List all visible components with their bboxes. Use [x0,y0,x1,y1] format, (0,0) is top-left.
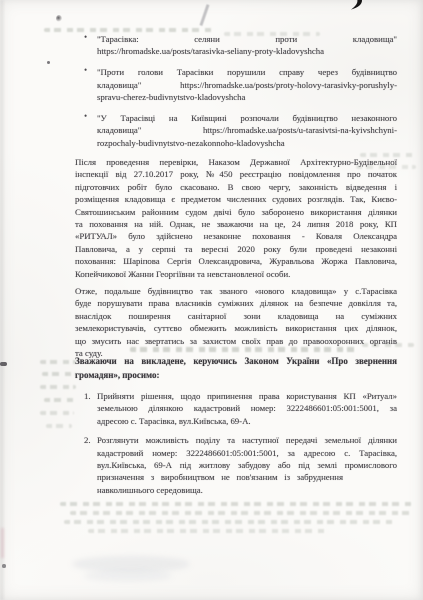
link-text-line: кладовища" https://hromadske.ua/posts/u-… [97,124,397,136]
paragraph-line: Після проведення перевірки, Наказом Держ… [75,156,397,168]
link-list-item: •"Тарасівка: селяни проти кладовища"http… [75,33,397,58]
paragraph-line: поховання: Шаріпова Сергія Олександрович… [75,255,397,267]
link-text-line: "Тарасівка: селяни проти кладовища" [97,33,397,45]
paragraph-inspection: Після проведення перевірки, Наказом Держ… [75,156,397,280]
source-links-list: •"Тарасівка: селяни проти кладовища"http… [75,33,397,158]
request-text-line: вул.Київська, 69-А під житлову забудову … [97,459,397,471]
request-intro-line: Зважаючи на викладене, керуючись Законом… [75,355,397,369]
link-text-line: spravu-cherez-budivnytstvo-kladovyshcha [97,91,397,103]
paragraph-line: Павловича, а у серпні та вересні 2020 ро… [75,243,397,255]
paragraph-line: та поховання на ній. Однак, не зважаючи … [75,218,397,230]
paragraph-line: внаслідок поширення санітарної зони клад… [75,310,397,322]
link-list-item: •"У Тарасівці на Київщині розпочали буді… [75,112,397,149]
bullet-marker: • [84,65,87,75]
bullet-marker: • [84,111,87,121]
document-content: •"Тарасівка: селяни проти кладовища"http… [0,0,423,600]
numbered-requests-list: 1.Прийняти рішення, щодо припинення прав… [75,390,397,496]
paragraph-line: буде порушувати права власників суміжних… [75,297,397,309]
request-text-line: призначення з виробництвом не пов'язаним… [97,471,343,483]
request-text-line: Прийняти рішення, щодо припинення права … [97,390,397,402]
request-text-line: навколишнього середовища. [97,484,397,496]
request-item: 1.Прийняти рішення, щодо припинення прав… [75,390,397,427]
bullet-marker: • [84,32,87,42]
link-list-item: •"Проти голови Тарасівки порушили справу… [75,66,397,103]
request-number: 1. [84,390,91,402]
request-number: 2. [84,434,91,446]
paragraph-line: підготовчих робіт було скасовано. В свою… [75,181,397,193]
request-text-line: кадастровий номер: 3222486601:05:001:500… [97,447,397,459]
request-intro-heading: Зважаючи на викладене, керуючись Законом… [75,355,397,382]
scanned-document-page: •"Тарасівка: селяни проти кладовища"http… [0,0,423,600]
paragraph-line: «РИТУАЛ» було здійснено незаконне похова… [75,230,397,242]
link-text-line: кладовища" https://hromadske.ua/posts/pr… [97,79,397,91]
link-text-line: "Проти голови Тарасівки порушили справу … [97,66,397,78]
request-text-line: адресою с. Тарасівка, вул.Київська, 69-А… [97,415,397,427]
paragraph-line: Копейчикової Жанни Георгіївни та невстан… [75,268,397,280]
paragraph-consequences: Отже, подальше будівництво так званого «… [75,285,397,359]
request-intro-line: громадян», просимо: [75,369,397,383]
paragraph-line: Святошинським районним судом двічі було … [75,206,397,218]
paragraph-line: розміщення кладовища є предметом численн… [75,193,397,205]
link-text-line: "У Тарасівці на Київщині розпочали будів… [97,112,397,124]
link-text-line: rozpochaly-budivnytstvo-nezakonnoho-klad… [97,137,397,149]
link-text-line: https://hromadske.ua/posts/tarasivka-sel… [97,45,397,57]
paragraph-line: землекористувачів, суттєво обмежить можл… [75,322,397,334]
request-text-line: Розглянути можливість поділу та наступно… [97,434,397,446]
paragraph-line: що змусить нас звертатись за захистом св… [75,335,397,347]
request-item: 2.Розглянути можливість поділу та наступ… [75,434,397,496]
request-text-line: земельною ділянкою кадастровий номер: 32… [97,402,397,414]
paragraph-line: Отже, подальше будівництво так званого «… [75,285,397,297]
paragraph-line: інспекції від 27.10.2017 року, №450 реєс… [75,168,397,180]
